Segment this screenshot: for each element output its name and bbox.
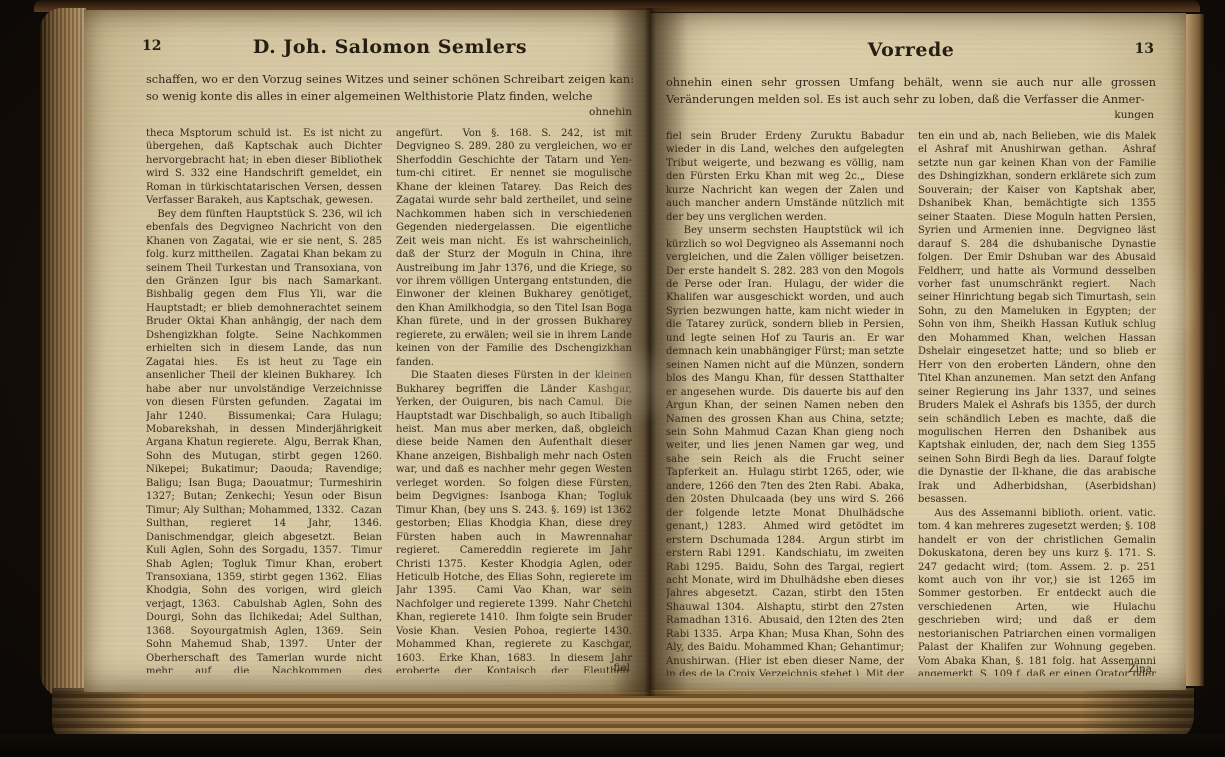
left-intro-paragraph: schaffen, wo er den Vorzug seines Witzes… — [146, 72, 634, 105]
right-page-column-1: fiel sein Bruder Erdeny Zuruktu Babadur … — [666, 130, 904, 676]
left-page-column-2: angefürt. Von §. 168. S. 242, ist mit De… — [396, 127, 632, 673]
right-running-title: Vorrede — [666, 39, 1156, 61]
right-page-column-2: ten ein und ab, nach Belieben, wie dis M… — [918, 130, 1156, 676]
right-page-columns: fiel sein Bruder Erdeny Zuruktu Babadur … — [666, 130, 1156, 676]
page-stack-left-edge — [40, 8, 86, 698]
book-photo: 12 D. Joh. Salomon Semlers schaffen, wo … — [0, 0, 1225, 757]
left-page-content: 12 D. Joh. Salomon Semlers schaffen, wo … — [84, 10, 650, 692]
left-page-header: 12 D. Joh. Salomon Semlers — [146, 36, 634, 66]
left-page: 12 D. Joh. Salomon Semlers schaffen, wo … — [84, 10, 650, 692]
right-intro-catchword: kungen — [666, 108, 1156, 122]
left-running-title: D. Joh. Salomon Semlers — [146, 36, 634, 58]
background-shadow — [0, 734, 1225, 757]
right-page-content: Vorrede 13 ohnehin einen sehr grossen Um… — [650, 13, 1186, 690]
right-page-catchword: Zina — [1128, 663, 1152, 675]
page-stack-right-edge — [1186, 14, 1204, 686]
left-page-catchword: fiel — [613, 662, 630, 674]
right-intro-paragraph: ohnehin einen sehr grossen Umfang behält… — [666, 75, 1156, 108]
left-page-column-1: theca Msptorum schuld ist. Es ist nicht … — [146, 127, 382, 673]
left-page-number: 12 — [142, 38, 161, 54]
right-page-header: Vorrede 13 — [666, 39, 1156, 69]
left-intro-catchword: ohnehin — [146, 105, 634, 119]
right-page-number: 13 — [1135, 41, 1154, 57]
left-page-columns: theca Msptorum schuld ist. Es ist nicht … — [146, 127, 634, 673]
right-page: Vorrede 13 ohnehin einen sehr grossen Um… — [650, 13, 1186, 690]
